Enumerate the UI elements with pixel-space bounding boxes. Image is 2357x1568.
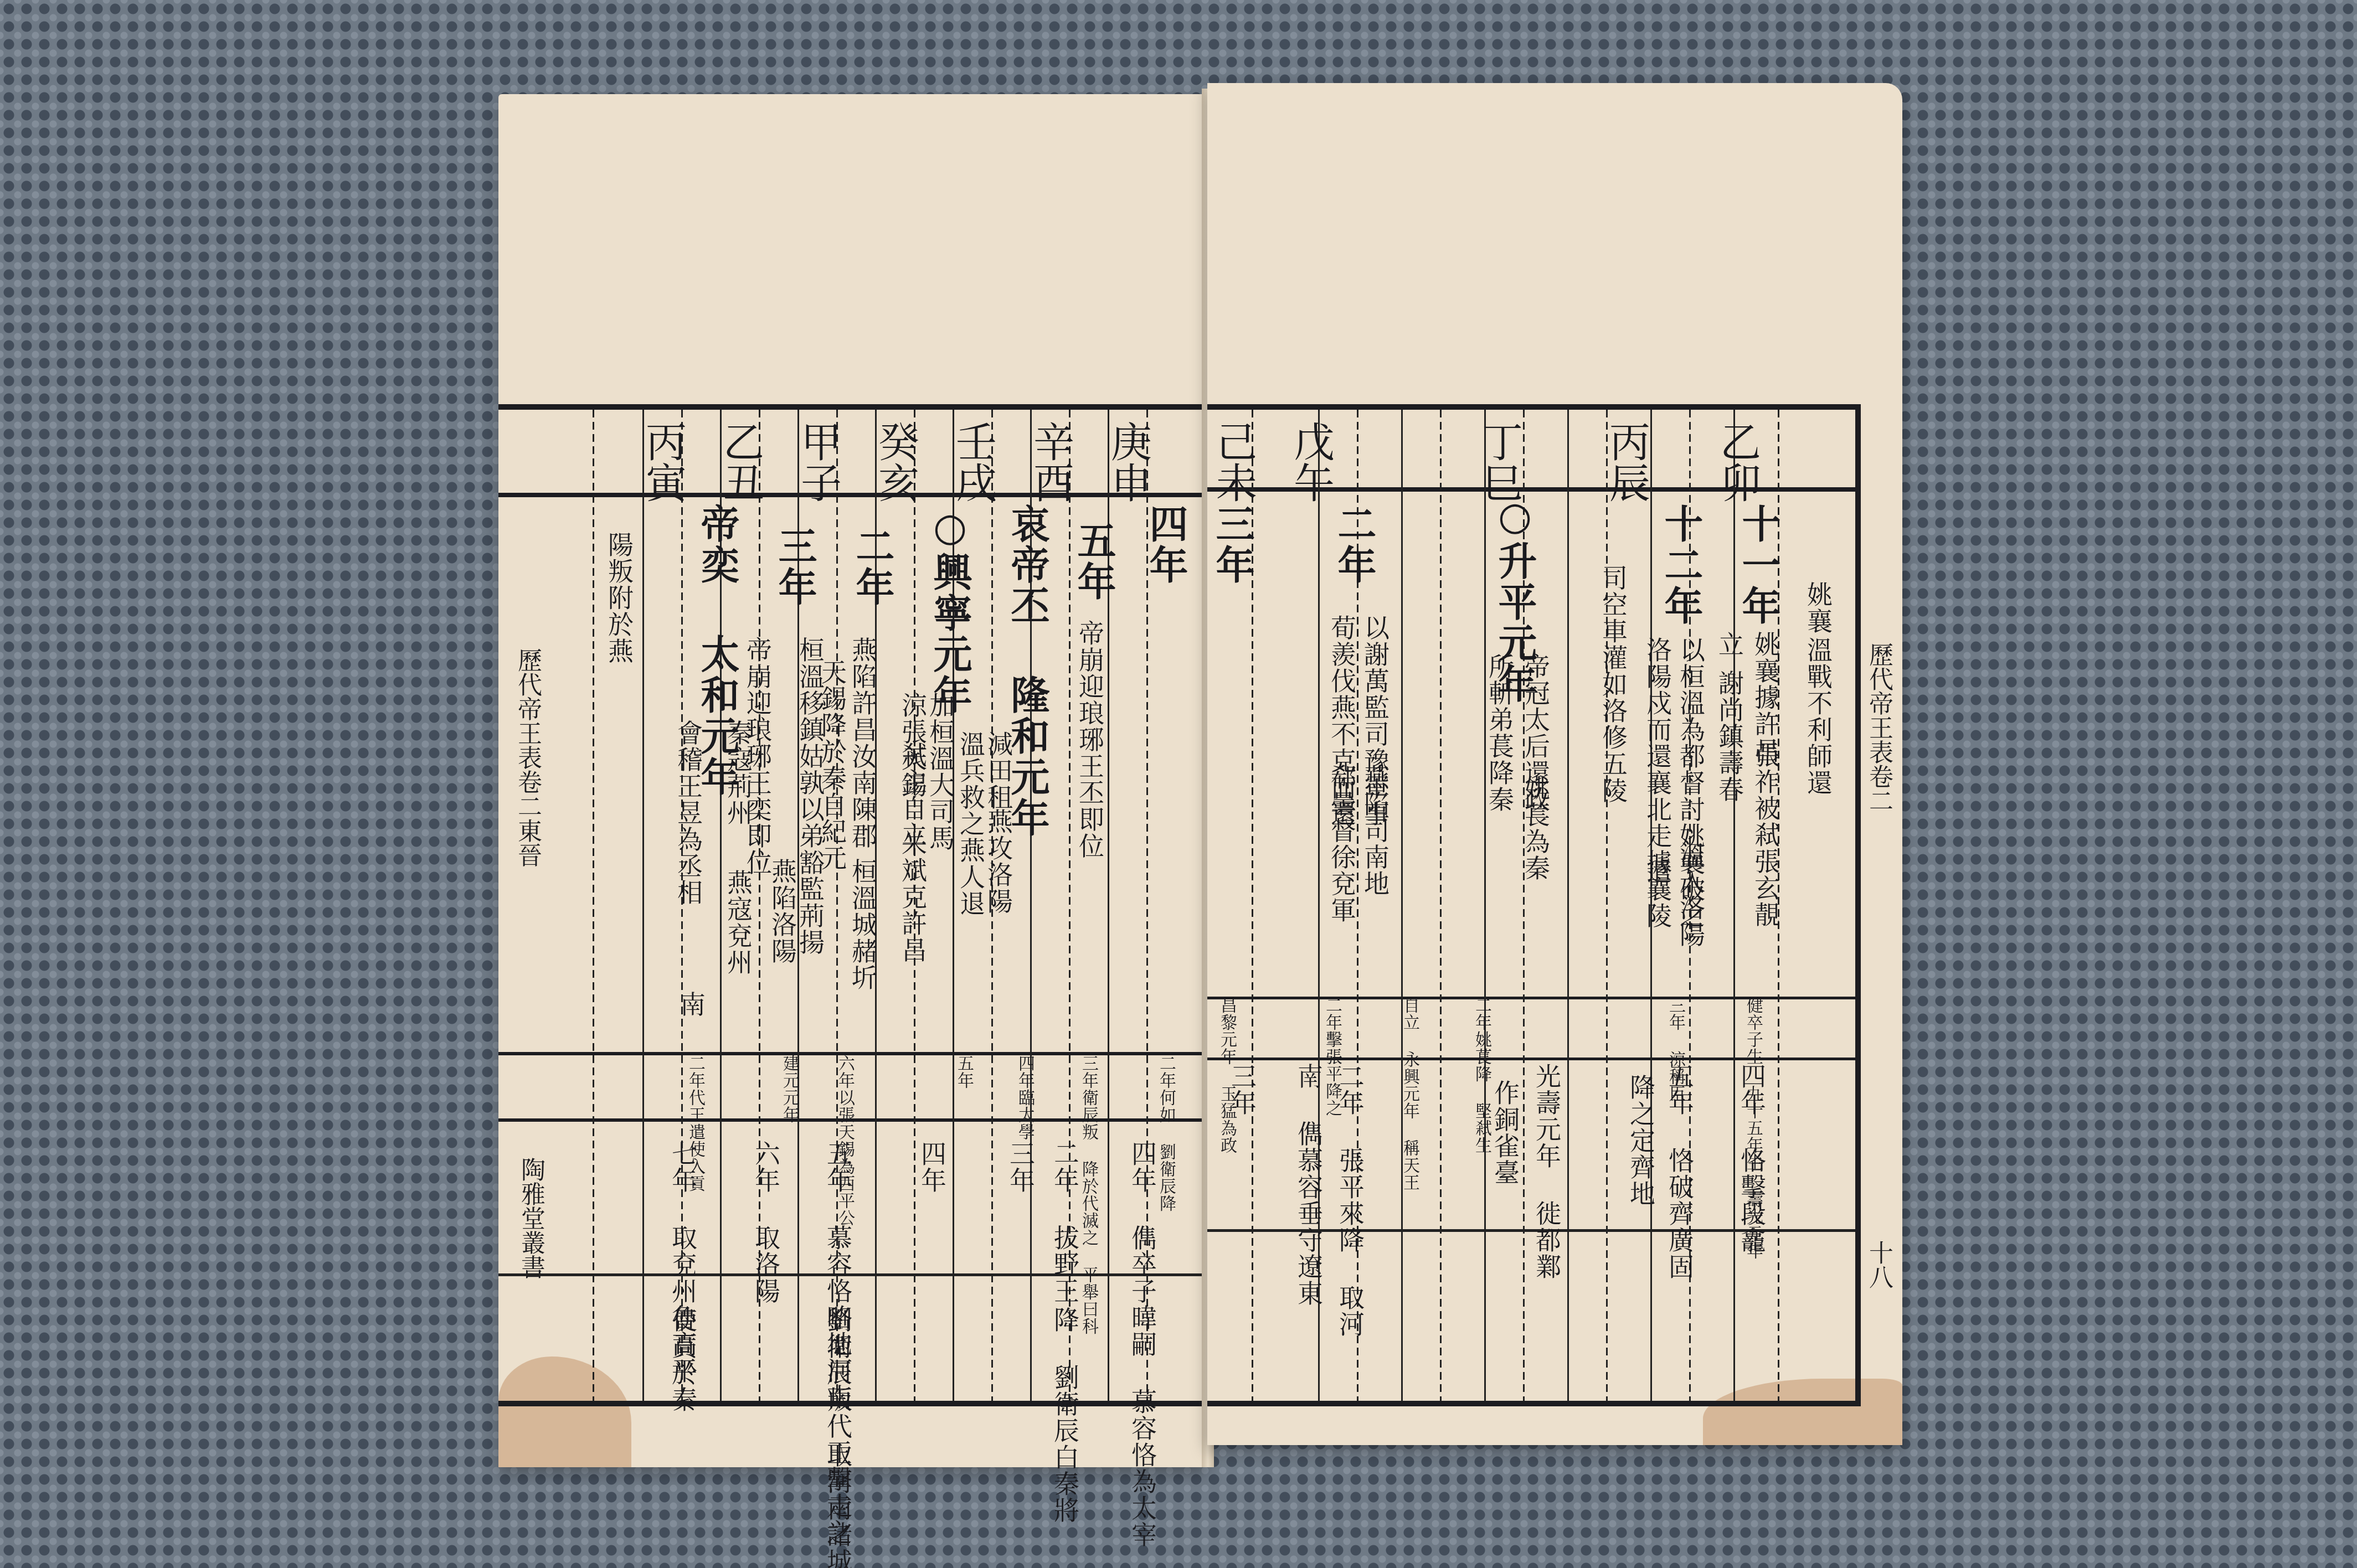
reign-year: 二年 [1335,504,1373,586]
lower-note: 二年代王遣使入貢 [687,1055,703,1127]
reign-year: 十一年 [1739,504,1778,627]
bottom-note: 四年 [919,1141,945,1194]
bottom-note: 五年 慕容恪略地河南 取河南諸城 [825,1141,851,1307]
cyclical-year: 戊午 [1290,421,1331,503]
lower-note: 健卒子生 九十五年生 壽光元年 [1744,997,1761,1058]
cyclical-year: 丙辰 [1606,421,1647,503]
left-page: 歷代帝王表卷二東晉 陶雅堂叢書 庚申 辛酉 壬戌 癸亥 甲子 乙丑 丙寅 四年 … [498,94,1207,1467]
bottom-note: 作銅雀臺 [1493,1080,1518,1186]
annotation: 郗曇督徐兗軍 [1329,764,1355,924]
annotation: 燕陷司南地 [1362,764,1388,897]
annotation: 姚襄 [1805,581,1831,635]
cyclical-year: 丁巳 [1479,421,1520,503]
bottom-note: 光壽元年 徙都鄴 [1534,1063,1560,1280]
right-page: 歷代帝王表卷二 十八 乙卯 丙辰 丁巳 戊午 己未 姚襄 溫戰不利師還 十一年 … [1207,83,1902,1445]
footer-note: 劉衛辰叛代王擊走之 [825,1307,851,1546]
annotation: 陽叛附於燕 [606,532,632,664]
lower-note: 三年衛辰叛 降於代滅之 平舉曰科 [1080,1055,1097,1127]
reign-year: 哀帝丕 隆和元年 [1008,504,1047,839]
annotation: 溫兵救之燕人退 [958,731,984,917]
lower-note: 自立 永興元年 稱天王 [1401,997,1418,1058]
cyclical-year: 乙卯 [1717,421,1758,503]
reign-year: 三年 [775,526,814,608]
lower-note: 昌黎元年 玉猛為政 [1218,997,1235,1058]
footer-note: 使貢於秦 [670,1307,696,1413]
bottom-note: 南 儁慕容垂守遼東 [1296,1063,1321,1307]
lower-note: 二年何如 劉衛辰降 [1157,1055,1174,1127]
bottom-note: 二年 拔野王 [1052,1141,1078,1304]
cyclical-year: 乙丑 [720,421,761,503]
reign-year: 十二年 [1661,504,1700,627]
annotation: 南 [678,991,704,1018]
bottom-note: 三年 [1229,1063,1255,1116]
reign-year: 五年 [1074,520,1113,602]
annotation: 燕陷洛陽 [770,858,795,964]
lower-note: 三年 涼稱臣 [1667,997,1684,1058]
lower-note: 二年擊張平降之 [1324,997,1340,1058]
cyclical-year: 壬戌 [953,421,994,503]
annotation: 減田租 [986,731,1011,811]
cyclical-year: 己未 [1213,421,1254,503]
annotation: 謝尚鎮壽春 [1717,670,1742,803]
annotation: 張祚被弒張玄靚 [1753,742,1778,928]
bottom-note: 三年 [1008,1141,1033,1194]
annotation: 姚萇為秦 [1523,775,1548,881]
annotation: 洛陽戍而還襄北走據襄陵 [1645,637,1670,929]
bottom-note: 降之定齊地 [1628,1074,1654,1207]
annotation: 帝崩迎琅琊王丕即位 [1077,620,1103,859]
annotation: 朱斌克許昌 [900,831,925,963]
annotation: 加桓溫大司馬 [928,692,953,852]
bottom-note: 二年 張平來降 取河 [1337,1063,1363,1338]
reign-year: ○興寧元年 [930,504,969,716]
reign-year: 四年 [1146,504,1185,586]
annotation: 桓溫移鎮姑孰以弟豁監荊揚 [797,637,823,956]
lower-note: 五年 [955,1055,972,1089]
lower-note: 二年姚萇降 堅弒生 [1473,997,1490,1058]
bottom-note: 四年 儁卒子暐嗣 慕容恪為太宰 降建熙元年 垂守鄴 [1130,1141,1155,1301]
lower-note: 建元元年 [781,1055,797,1123]
right-page-number: 十八 [1866,1240,1891,1289]
right-side-label: 歷代帝王表卷二 [1866,642,1891,813]
lower-note: 六年以張天錫為西平公 [836,1055,853,1127]
cyclical-year: 甲子 [797,421,838,503]
annotation: 燕攻洛陽 [986,808,1011,915]
annotation: 所斬弟萇降秦 [1487,653,1512,813]
annotation: 燕陷許昌汝南陳郡 [850,637,876,849]
bottom-note: 五年 恪破齊廣固 [1667,1063,1692,1280]
annotation: 秦寇荊州 [725,720,751,826]
bottom-note: 六年 取洛陽 [753,1141,779,1304]
cyclical-year: 辛酉 [1030,421,1071,503]
reign-year: 三年 [1213,504,1252,586]
cyclical-year: 丙寅 [642,421,683,503]
annotation: 溫戰不利師還 [1805,637,1831,796]
reign-year: 二年 [853,526,892,608]
footer-note: 降 劉衛辰白秦將 [1052,1307,1078,1524]
bottom-note: 四年 恪擊段龕 [1739,1063,1764,1254]
annotation: 溫入洛陽 [1678,842,1704,948]
cyclical-year: 庚申 [1108,421,1149,503]
lower-note: 四年臨太學 [1016,1055,1033,1141]
annotation: 燕寇兗州 [725,869,751,976]
annotation: 立 [1717,631,1742,658]
cyclical-year: 癸亥 [875,421,916,503]
annotation: 會稽王昱為丞相 [676,720,701,906]
annotation: 司空車灌如洛修五陵 [1601,565,1626,804]
annotation: 桓溫城赭圻 [850,858,876,991]
